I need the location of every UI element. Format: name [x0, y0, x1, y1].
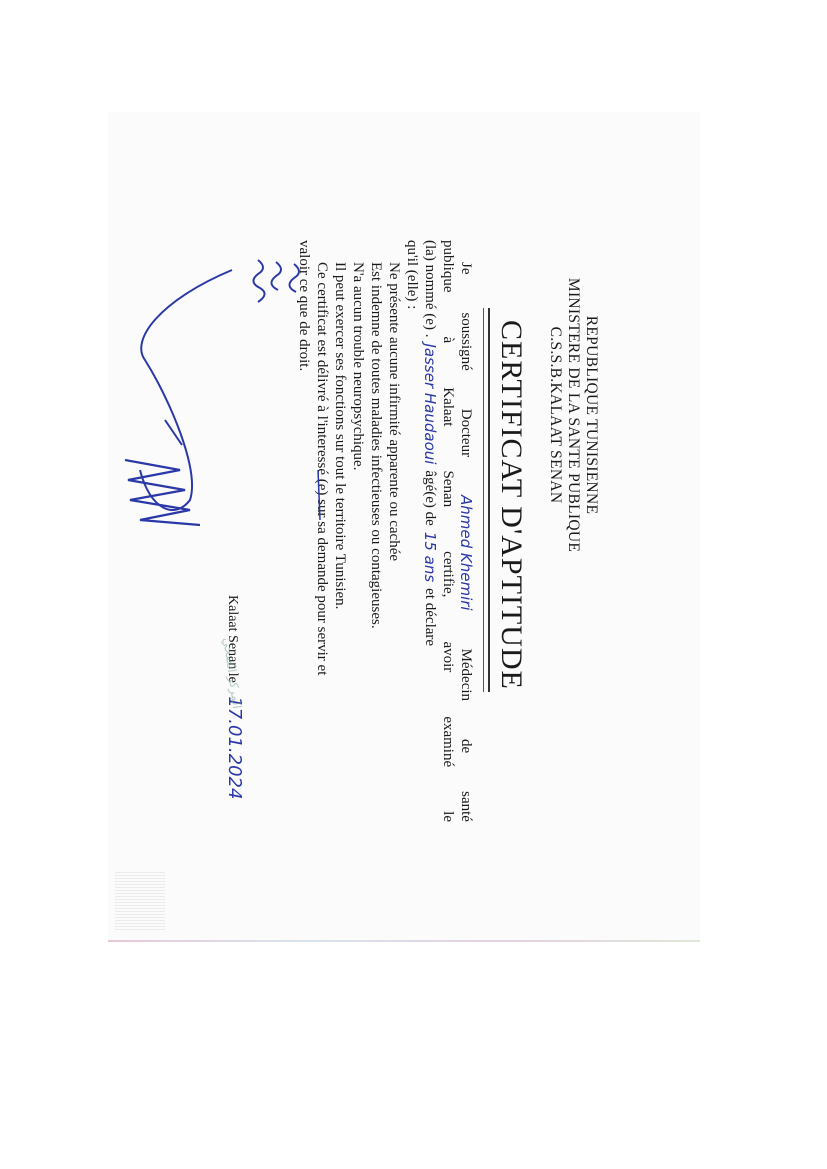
text: avoir — [439, 641, 457, 672]
text: et déclare — [421, 588, 439, 646]
header-republic: REPUBLIQUE TUNISIENNE — [582, 240, 600, 590]
condition-item: Est indemne de toutes maladies infectieu… — [367, 240, 385, 822]
body-line-1: Je soussigné Docteur Ahmed Khemiri Médec… — [457, 240, 475, 822]
fitness-statement: Il peut exercer ses fonctions sur tout l… — [331, 240, 349, 822]
doctor-name-handwritten: Ahmed Khemiri — [457, 495, 475, 611]
certificate-body: Je soussigné Docteur Ahmed Khemiri Médec… — [295, 240, 475, 822]
text: Kalaat — [439, 387, 457, 426]
title-underline — [483, 308, 490, 692]
text: (la) nommé (e) . — [421, 240, 439, 337]
scan-noise — [115, 870, 165, 930]
text: examiné — [439, 716, 457, 767]
scan-edge-line — [108, 940, 700, 942]
patient-age-handwritten: 15 ans — [421, 532, 439, 582]
text: Docteur — [457, 409, 475, 457]
text: le — [439, 811, 457, 822]
text: de — [457, 739, 475, 753]
patient-name-handwritten: Jasser Haudaoui — [421, 343, 439, 464]
document-header: REPUBLIQUE TUNISIENNE MINISTERE DE LA SA… — [546, 240, 600, 590]
text: Je — [457, 262, 475, 275]
text: certifie, — [439, 551, 457, 597]
body-line-2: publique à Kalaat Senan certifie, avoir … — [439, 240, 457, 822]
header-ministry: MINISTERE DE LA SANTE PUBLIQUE — [564, 240, 582, 590]
text: âgé(e) de — [421, 470, 439, 525]
body-line-4: qu'il (elle) : — [403, 240, 421, 822]
text: publique — [439, 240, 457, 293]
delivery-statement: Ce certificat est délivré à l'interessé … — [313, 240, 331, 822]
condition-item: N'a aucun trouble neuropsychique. — [349, 240, 367, 822]
certificate-page: REPUBLIQUE TUNISIENNE MINISTERE DE LA SA… — [130, 240, 600, 820]
header-center: C.S.S.B.KALAAT SENAN — [546, 240, 564, 590]
body-line-3: (la) nommé (e) . Jasser Haudaoui âgé(e) … — [421, 240, 439, 822]
text: soussigné — [457, 312, 475, 370]
text: à — [439, 337, 457, 344]
condition-item: Ne présente aucune infirmité apparente o… — [385, 240, 403, 822]
text: santé — [457, 791, 475, 822]
delivery-statement-2: valoir ce que de droit. — [295, 240, 313, 822]
text: Senan — [439, 470, 457, 507]
text: Médecin — [457, 649, 475, 701]
document-title: CERTIFICAT D'APTITUDE — [494, 320, 528, 690]
